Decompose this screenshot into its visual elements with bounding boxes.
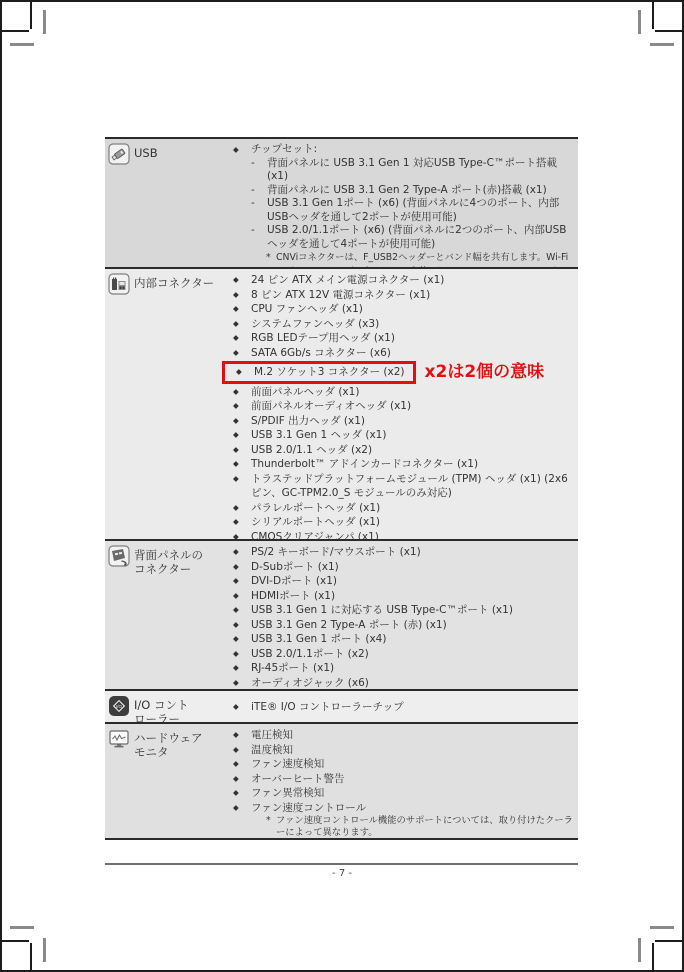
item-text: USB 3.1 Gen 2 Type-A ポート (赤) (x1) xyxy=(251,618,574,633)
item-text: ファン速度コントロール xyxy=(251,801,574,816)
crop-mark-line xyxy=(652,0,654,29)
crop-mark-line xyxy=(655,940,684,942)
item-marker: - xyxy=(251,224,267,251)
item-marker: ◆ xyxy=(230,786,251,801)
item-text: USB 2.0/1.1 ヘッダ (x2) xyxy=(251,443,574,458)
spec-item: - USB 3.1 Gen 1ポート (x6) (背面パネルに4つのポート、内部… xyxy=(230,197,574,224)
spec-item: ◆ PS/2 キーボード/マウスポート (x1) xyxy=(230,545,574,560)
item-text: PS/2 キーボード/マウスポート (x1) xyxy=(251,545,574,560)
item-text: D-Subポート (x1) xyxy=(251,560,574,575)
spec-section: ハードウェアモニタ ◆ 電圧検知 ◆ 温度検知 ◆ ファン速度検知 ◆ オーバー… xyxy=(105,724,578,840)
item-marker: * xyxy=(266,251,276,269)
item-marker: ◆ xyxy=(230,801,251,816)
spec-section: 内部コネクター ◆ 24 ピン ATX メイン電源コネクター (x1) ◆ 8 … xyxy=(105,269,578,541)
section-content: ◆ iTE® I/O コントローラーチップ xyxy=(230,691,578,722)
item-marker: ◆ xyxy=(225,365,254,380)
item-marker: ◆ xyxy=(230,647,251,662)
spec-item: ◆ CPU ファンヘッダ (x1) xyxy=(230,302,574,317)
item-text: パラレルポートヘッダ (x1) xyxy=(251,501,574,516)
item-text: ファン異常検知 xyxy=(251,786,574,801)
spec-item: ◆ 温度検知 xyxy=(230,743,574,758)
spec-item: ◆ システムファンヘッダ (x3) xyxy=(230,317,574,332)
section-label-cell: 背面パネルのコネクター xyxy=(105,541,230,689)
item-text: ファン速度検知 xyxy=(251,757,574,772)
spec-item: ◆ 前面パネルヘッダ (x1) xyxy=(230,385,574,400)
spec-table: USB ◆ チップセット: - 背面パネルに USB 3.1 Gen 1 対応U… xyxy=(105,137,578,840)
section-label-line: ローラー xyxy=(134,712,188,724)
spec-item: ◆ RGB LEDテープ用ヘッダ (x1) xyxy=(230,331,574,346)
item-text: USB 3.1 Gen 1ポート (x6) (背面パネルに4つのポート、内部US… xyxy=(267,197,574,224)
item-text: シリアルポートヘッダ (x1) xyxy=(251,515,574,530)
item-text: RGB LEDテープ用ヘッダ (x1) xyxy=(251,331,574,346)
spec-item: ◆ 電圧検知 xyxy=(230,728,574,743)
svg-text:I/O: I/O xyxy=(116,704,123,709)
item-text: iTE® I/O コントローラーチップ xyxy=(251,700,574,715)
section-label-cell: I/O I/O コントローラー xyxy=(105,691,230,722)
crop-mark-line xyxy=(0,30,29,32)
crop-mark-line xyxy=(30,0,32,29)
spec-item: ◆ ファン速度コントロール xyxy=(230,801,574,816)
item-text: 前面パネルオーディオヘッダ (x1) xyxy=(251,399,574,414)
item-text: トラステッドプラットフォームモジュール (TPM) ヘッダ (x1) (2x6ピ… xyxy=(251,472,574,501)
spec-item: ◆ ファン異常検知 xyxy=(230,786,574,801)
spec-item: ◆ DVI-Dポート (x1) xyxy=(230,574,574,589)
item-marker: ◆ xyxy=(230,560,251,575)
page-number: - 7 - xyxy=(0,868,684,879)
spec-item: ◆ D-Subポート (x1) xyxy=(230,560,574,575)
item-text: Thunderbolt™ アドインカードコネクター (x1) xyxy=(251,457,574,472)
item-text: USB 3.1 Gen 1 ヘッダ (x1) xyxy=(251,428,574,443)
item-marker: ◆ xyxy=(230,501,251,516)
item-marker: ◆ xyxy=(230,661,251,676)
spec-section: USB ◆ チップセット: - 背面パネルに USB 3.1 Gen 1 対応U… xyxy=(105,139,578,269)
item-text: USB 2.0/1.1ポート (x6) (背面パネルに2つのポート、内部USBヘ… xyxy=(267,224,574,251)
item-marker: ◆ xyxy=(230,472,251,501)
hardware-monitor-icon xyxy=(108,728,130,750)
item-marker: - xyxy=(251,184,267,198)
item-text: 温度検知 xyxy=(251,743,574,758)
item-text: CNViコネクターは、F_USB2ヘッダーとバンド幅を共有します。Wi-Fiモジ… xyxy=(276,251,574,269)
io-controller-icon: I/O xyxy=(108,695,130,717)
crop-mark-line xyxy=(655,30,684,32)
crop-mark-line xyxy=(10,43,34,46)
section-content: ◆ チップセット: - 背面パネルに USB 3.1 Gen 1 対応USB T… xyxy=(230,139,578,267)
spec-item: - USB 2.0/1.1ポート (x6) (背面パネルに2つのポート、内部US… xyxy=(230,224,574,251)
spec-item: ◆ トラステッドプラットフォームモジュール (TPM) ヘッダ (x1) (2x… xyxy=(230,472,574,501)
spec-item: ◆ Thunderbolt™ アドインカードコネクター (x1) xyxy=(230,457,574,472)
spec-item: ◆ S/PDIF 出力ヘッダ (x1) xyxy=(230,414,574,429)
section-label: 内部コネクター xyxy=(134,273,214,537)
item-marker: ◆ xyxy=(230,346,251,361)
crop-mark-line xyxy=(638,938,641,962)
item-marker: ◆ xyxy=(230,530,251,542)
spec-item: * CNViコネクターは、F_USB2ヘッダーとバンド幅を共有します。Wi-Fi… xyxy=(230,251,574,269)
item-marker: ◆ xyxy=(230,589,251,604)
section-label-cell: 内部コネクター xyxy=(105,269,230,539)
section-label-line: ハードウェア xyxy=(134,731,203,745)
item-marker: ◆ xyxy=(230,632,251,647)
spec-item: ◆ ファン速度検知 xyxy=(230,757,574,772)
crop-mark-line xyxy=(43,938,46,962)
item-text: DVI-Dポート (x1) xyxy=(251,574,574,589)
spec-item: ◆ CMOSクリアジャンパ (x1) xyxy=(230,530,574,542)
item-marker: - xyxy=(251,197,267,224)
item-marker: ◆ xyxy=(230,515,251,530)
item-marker: - xyxy=(251,157,267,184)
item-marker: ◆ xyxy=(230,143,251,157)
item-marker: ◆ xyxy=(230,385,251,400)
section-label-line: 内部コネクター xyxy=(134,276,214,290)
item-marker: ◆ xyxy=(230,618,251,633)
item-text: 前面パネルヘッダ (x1) xyxy=(251,385,574,400)
highlight-annotation: x2は2個の意味 xyxy=(425,362,545,382)
item-text: S/PDIF 出力ヘッダ (x1) xyxy=(251,414,574,429)
spec-item: ◆ オーディオジャック (x6) xyxy=(230,676,574,691)
item-text: RJ-45ポート (x1) xyxy=(251,661,574,676)
item-marker: ◆ xyxy=(230,443,251,458)
spec-item: ◆ USB 3.1 Gen 1 ヘッダ (x1) xyxy=(230,428,574,443)
spec-item: ◆ シリアルポートヘッダ (x1) xyxy=(230,515,574,530)
item-text: 背面パネルに USB 3.1 Gen 1 対応USB Type-C™ポート搭載 … xyxy=(267,157,574,184)
section-label-line: 背面パネルの xyxy=(134,548,203,562)
item-text: CPU ファンヘッダ (x1) xyxy=(251,302,574,317)
internal-connector-icon xyxy=(108,273,130,295)
item-marker: ◆ xyxy=(230,457,251,472)
spec-section: 背面パネルのコネクター ◆ PS/2 キーボード/マウスポート (x1) ◆ D… xyxy=(105,541,578,691)
item-text: 電圧検知 xyxy=(251,728,574,743)
item-marker: * xyxy=(266,815,276,838)
crop-mark-line xyxy=(43,10,46,34)
item-text: チップセット: xyxy=(251,143,574,157)
item-marker: ◆ xyxy=(230,545,251,560)
section-label: USB xyxy=(134,143,158,265)
item-text: M.2 ソケット3 コネクター (x2) xyxy=(254,365,405,380)
section-label-line: I/O コント xyxy=(134,698,188,712)
crop-mark-line xyxy=(650,43,674,46)
item-text: ファン速度コントロール機能のサポートについては、取り付けたクーラーによって異なり… xyxy=(276,815,574,838)
spec-item: ◆ USB 2.0/1.1 ヘッダ (x2) xyxy=(230,443,574,458)
item-text: オーディオジャック (x6) xyxy=(251,676,574,691)
spec-item: ◆ SATA 6Gb/s コネクター (x6) xyxy=(230,346,574,361)
spec-item: ◆ USB 3.1 Gen 1 に対応する USB Type-C™ポート (x1… xyxy=(230,603,574,618)
item-text: CMOSクリアジャンパ (x1) xyxy=(251,530,574,542)
section-content: ◆ 24 ピン ATX メイン電源コネクター (x1) ◆ 8 ピン ATX 1… xyxy=(230,269,578,539)
item-text: 24 ピン ATX メイン電源コネクター (x1) xyxy=(251,273,574,288)
item-marker: ◆ xyxy=(230,757,251,772)
item-text: USB 2.0/1.1ポート (x2) xyxy=(251,647,574,662)
crop-mark-line xyxy=(30,943,32,972)
section-label-cell: USB xyxy=(105,139,230,267)
item-marker: ◆ xyxy=(230,288,251,303)
item-marker: ◆ xyxy=(230,331,251,346)
item-marker: ◆ xyxy=(230,676,251,691)
highlight-box: ◆ M.2 ソケット3 コネクター (x2) xyxy=(222,361,416,384)
item-text: 背面パネルに USB 3.1 Gen 2 Type-A ポート(赤)搭載 (x1… xyxy=(267,184,574,198)
item-marker: ◆ xyxy=(230,772,251,787)
spec-item: * ファン速度コントロール機能のサポートについては、取り付けたクーラーによって異… xyxy=(230,815,574,838)
item-marker: ◆ xyxy=(230,428,251,443)
item-marker: ◆ xyxy=(230,743,251,758)
spec-item: ◆ 24 ピン ATX メイン電源コネクター (x1) xyxy=(230,273,574,288)
crop-mark-line xyxy=(650,926,674,929)
item-marker: ◆ xyxy=(230,728,251,743)
spec-item: ◆ チップセット: xyxy=(230,143,574,157)
spec-section: I/O I/O コントローラー ◆ iTE® I/O コントローラーチップ xyxy=(105,691,578,724)
spec-item: - 背面パネルに USB 3.1 Gen 2 Type-A ポート(赤)搭載 (… xyxy=(230,184,574,198)
item-marker: ◆ xyxy=(230,273,251,288)
spec-item: ◆ USB 3.1 Gen 2 Type-A ポート (赤) (x1) xyxy=(230,618,574,633)
section-content: ◆ 電圧検知 ◆ 温度検知 ◆ ファン速度検知 ◆ オーバーヒート警告 ◆ ファ… xyxy=(230,724,578,838)
item-marker: ◆ xyxy=(230,700,251,715)
item-marker: ◆ xyxy=(230,399,251,414)
section-label-line: モニタ xyxy=(134,745,203,759)
item-marker: ◆ xyxy=(230,414,251,429)
crop-mark-line xyxy=(652,943,654,972)
spec-item: ◆ 前面パネルオーディオヘッダ (x1) xyxy=(230,399,574,414)
spec-item: ◆ HDMIポート (x1) xyxy=(230,589,574,604)
spec-item: - 背面パネルに USB 3.1 Gen 1 対応USB Type-C™ポート搭… xyxy=(230,157,574,184)
item-text: システムファンヘッダ (x3) xyxy=(251,317,574,332)
item-text: オーバーヒート警告 xyxy=(251,772,574,787)
section-label: I/O コントローラー xyxy=(134,695,188,720)
item-text: HDMIポート (x1) xyxy=(251,589,574,604)
footer-rule xyxy=(105,863,578,865)
spec-item: ◆ iTE® I/O コントローラーチップ xyxy=(230,700,574,715)
item-marker: ◆ xyxy=(230,603,251,618)
spec-item: ◆ オーバーヒート警告 xyxy=(230,772,574,787)
item-text: 8 ピン ATX 12V 電源コネクター (x1) xyxy=(251,288,574,303)
item-marker: ◆ xyxy=(230,302,251,317)
item-marker: ◆ xyxy=(230,317,251,332)
spec-item-highlighted: ◆ M.2 ソケット3 コネクター (x2) x2は2個の意味 xyxy=(230,361,574,384)
section-label-line: コネクター xyxy=(134,562,203,576)
spec-item: ◆ 8 ピン ATX 12V 電源コネクター (x1) xyxy=(230,288,574,303)
section-label: ハードウェアモニタ xyxy=(134,728,203,836)
spec-item: ◆ USB 2.0/1.1ポート (x2) xyxy=(230,647,574,662)
crop-mark-line xyxy=(638,10,641,34)
section-label-cell: ハードウェアモニタ xyxy=(105,724,230,838)
crop-mark-line xyxy=(10,926,34,929)
section-label: 背面パネルのコネクター xyxy=(134,545,203,687)
spec-item: ◆ USB 3.1 Gen 1 ポート (x4) xyxy=(230,632,574,647)
usb-icon xyxy=(108,143,130,165)
item-text: USB 3.1 Gen 1 ポート (x4) xyxy=(251,632,574,647)
crop-mark-line xyxy=(0,940,29,942)
item-text: USB 3.1 Gen 1 に対応する USB Type-C™ポート (x1) xyxy=(251,603,574,618)
section-label-line: USB xyxy=(134,146,158,160)
item-marker: ◆ xyxy=(230,574,251,589)
spec-item: ◆ RJ-45ポート (x1) xyxy=(230,661,574,676)
item-text: SATA 6Gb/s コネクター (x6) xyxy=(251,346,574,361)
spec-item: ◆ パラレルポートヘッダ (x1) xyxy=(230,501,574,516)
section-content: ◆ PS/2 キーボード/マウスポート (x1) ◆ D-Subポート (x1)… xyxy=(230,541,578,689)
back-panel-icon xyxy=(108,545,130,567)
